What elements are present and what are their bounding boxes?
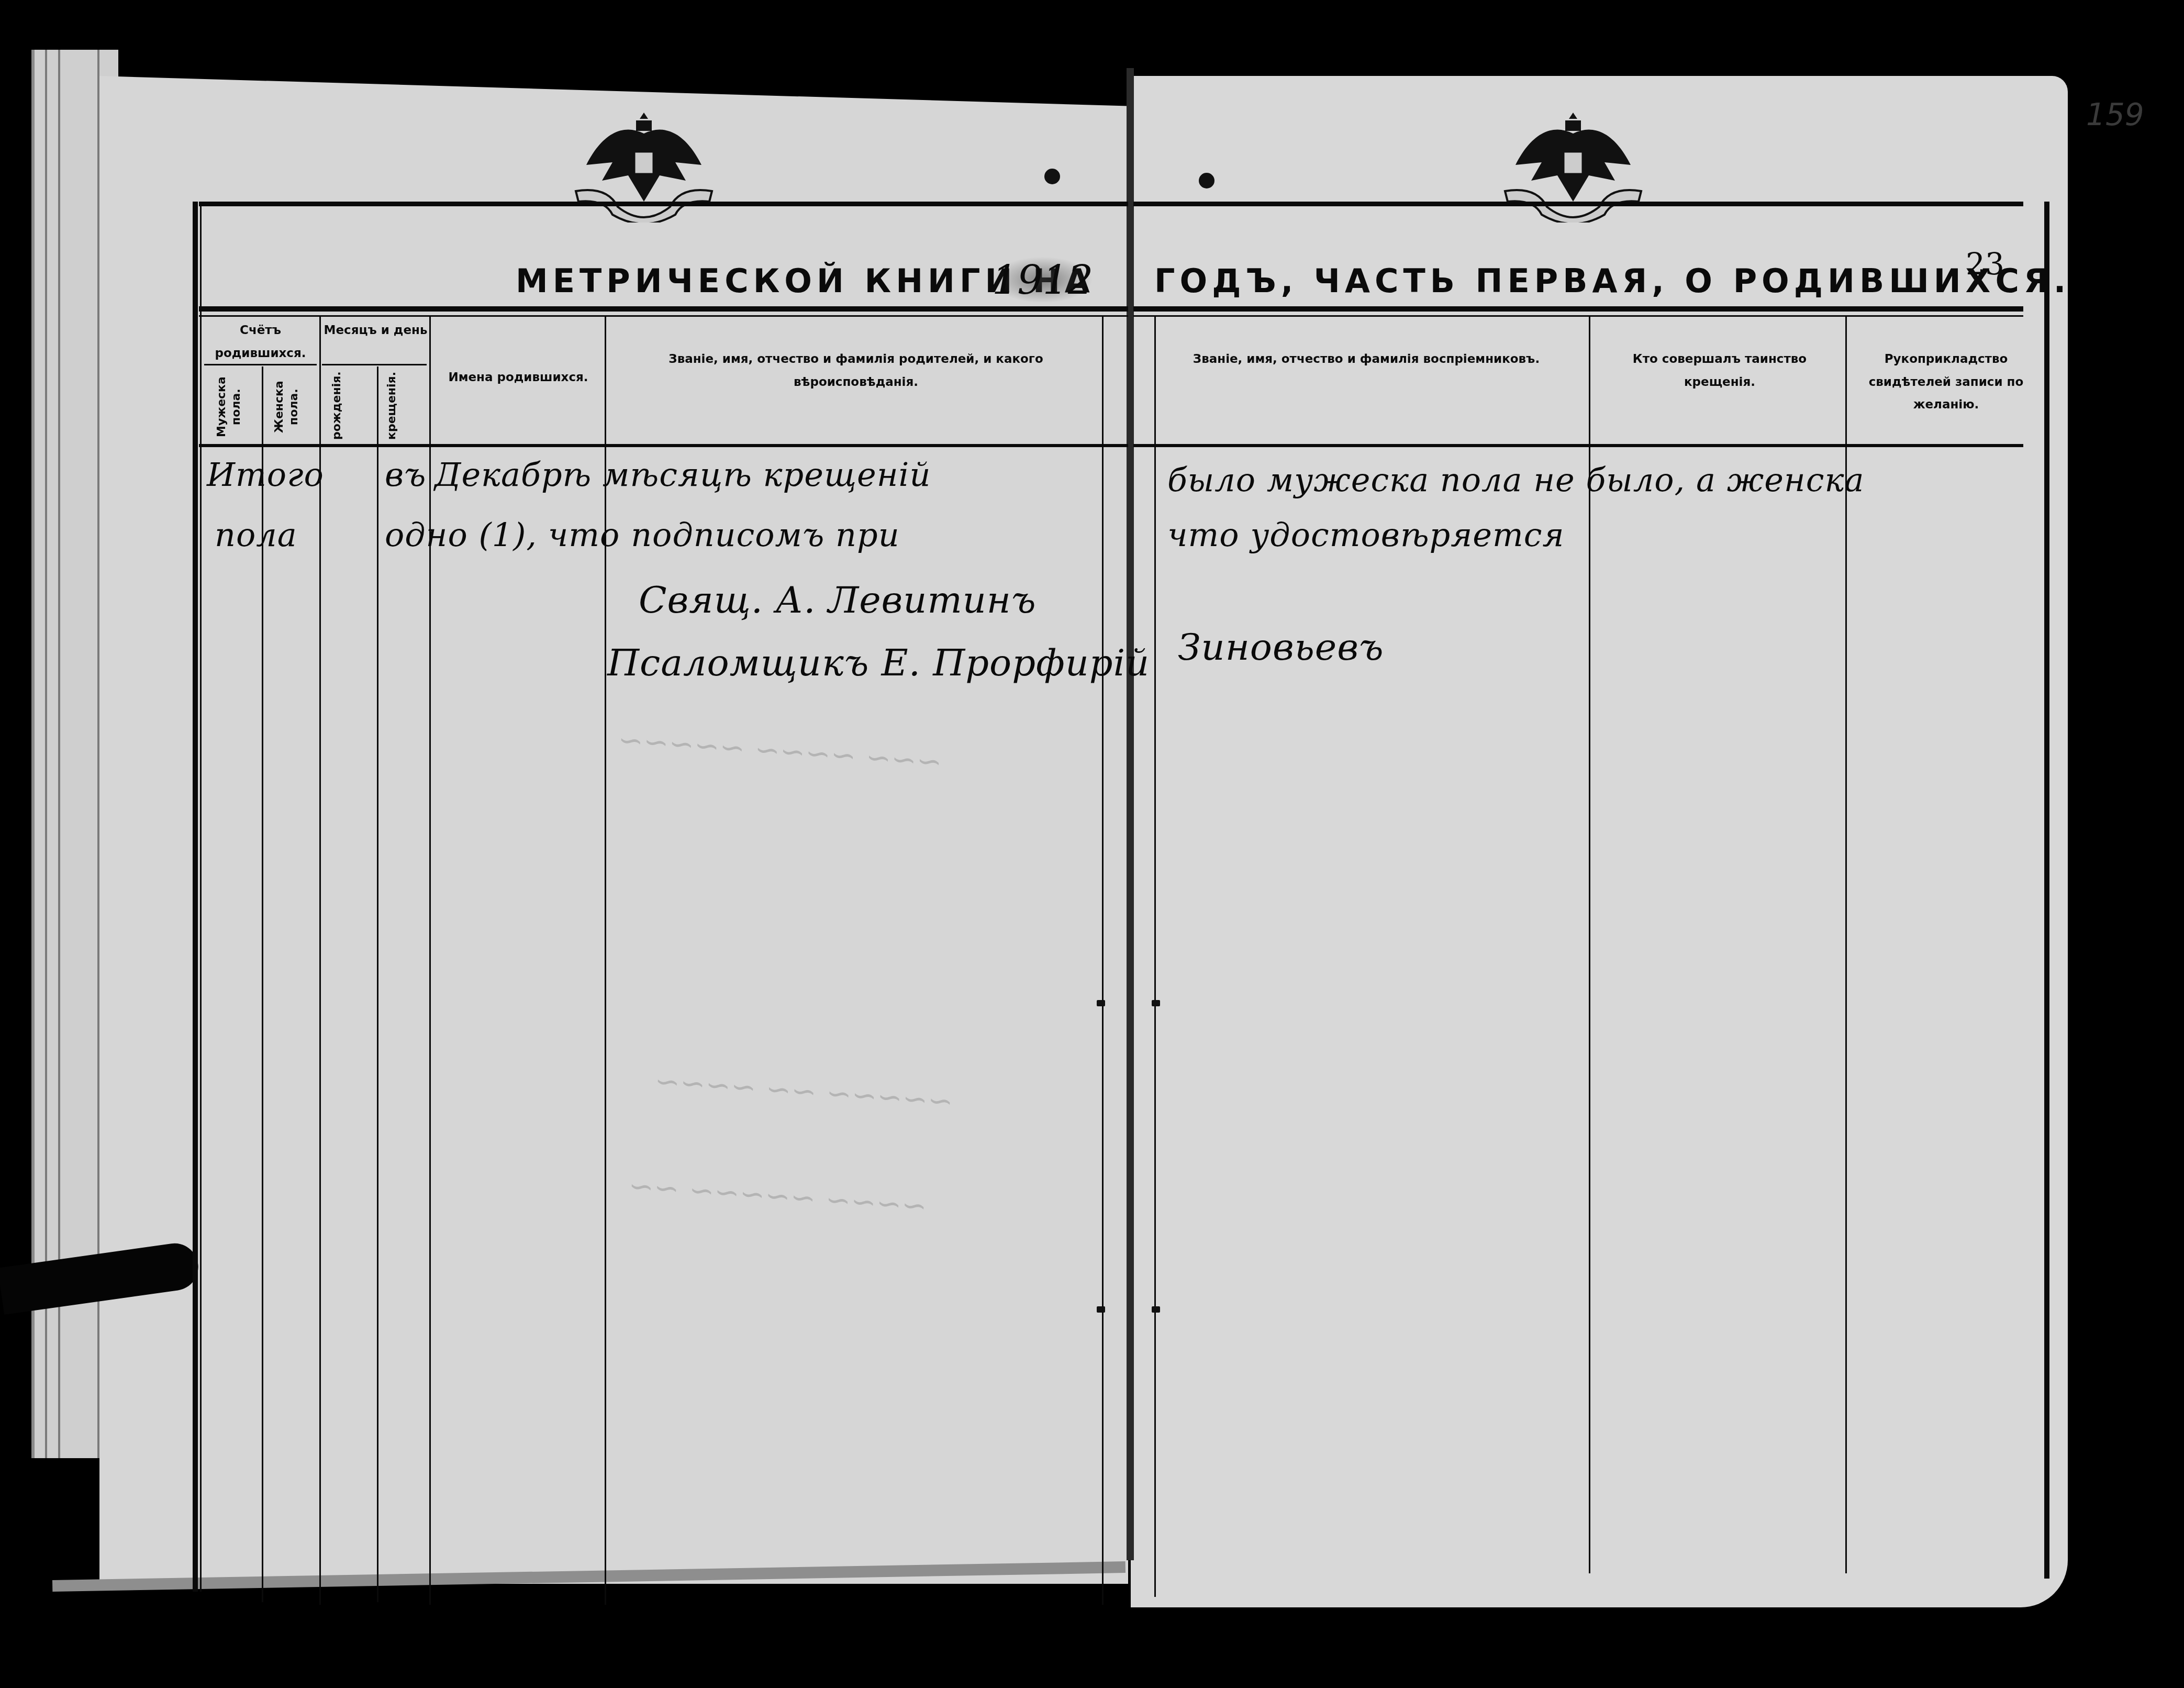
signature-right: Зиновьевъ: [1178, 626, 1384, 669]
book-spine: [1127, 68, 1134, 1560]
handwriting-v: въ: [385, 456, 426, 494]
header-rule-thin: [199, 315, 1128, 317]
page-number: 23: [1966, 246, 2004, 282]
column-divider: [605, 317, 606, 1605]
signature-psalmist: Псаломщикъ Е. Прорфирій: [607, 641, 1150, 684]
binding-tick: [1152, 1000, 1160, 1006]
frame-top-rule: [199, 202, 1128, 206]
header-birth-count: Счётъ родившихся.: [202, 319, 319, 365]
column-divider: [1589, 317, 1590, 1573]
right-page: [1131, 76, 2068, 1607]
handwriting-itogo: Итого: [207, 456, 324, 494]
handwriting-one-line: одно (1), что подписомъ при: [385, 516, 900, 554]
header-male: Мужеска пола.: [215, 374, 243, 440]
folio-number: 159: [2086, 97, 2144, 132]
left-page: [99, 76, 1128, 1584]
header-rule: [1133, 306, 2023, 312]
column-divider: [429, 317, 431, 1605]
header-rule-thin: [1133, 315, 2023, 317]
binding-hole: [1044, 169, 1060, 184]
binding-tick: [1152, 1306, 1160, 1313]
signature-priest: Свящ. А. Левитинъ: [639, 579, 1037, 621]
title-right: ГОДЪ, ЧАСТЬ ПЕРВАЯ, О РОДИВШИХСЯ.: [1154, 262, 2070, 300]
handwriting-pola: пола: [215, 516, 297, 554]
column-divider: [377, 367, 378, 1602]
frame-right-border: [2044, 202, 2049, 1579]
column-divider: [1845, 317, 1847, 1573]
column-divider: [319, 317, 321, 1605]
header-names-born: Имена родившихся.: [432, 367, 605, 390]
year-handwritten: 1912: [992, 257, 1093, 303]
frame-left-border-thin: [200, 202, 202, 1592]
subheader-rule: [322, 364, 427, 365]
binding-tick: [1097, 1306, 1105, 1313]
header-rule: [199, 306, 1128, 312]
header-female: Женска пола.: [272, 374, 301, 440]
column-divider: [1102, 317, 1104, 1605]
column-divider: [1154, 317, 1156, 1597]
handwriting-december-line: Декабрѣ мѣсяцѣ крещеній: [434, 456, 931, 494]
header-baptism-date: крещенія.: [385, 374, 399, 440]
header-bottom-rule: [199, 444, 1128, 447]
binding-hole: [1199, 173, 1214, 188]
header-bottom-rule: [1133, 444, 2023, 447]
header-birth-date: рожденія.: [330, 374, 344, 440]
handwriting-right-line1: было мужеска пола не было, а женска: [1167, 461, 1864, 499]
header-officiant: Кто совершалъ таинство крещенія.: [1597, 348, 1843, 394]
header-godparents: Званіе, имя, отчество и фамилія воспріем…: [1183, 348, 1550, 371]
scan-background: [0, 1628, 2184, 1688]
frame-top-rule: [1133, 202, 2023, 206]
frame-left-border: [193, 202, 198, 1592]
header-month-day: Месяцъ и день: [322, 319, 429, 342]
header-parents: Званіе, имя, отчество и фамилія родителе…: [615, 348, 1097, 394]
header-witness-signatures: Рукоприкладство свидѣтелей записи по жел…: [1851, 348, 2042, 417]
handwriting-right-line2: что удостовѣряется: [1167, 516, 1565, 554]
binding-tick: [1097, 1000, 1105, 1006]
